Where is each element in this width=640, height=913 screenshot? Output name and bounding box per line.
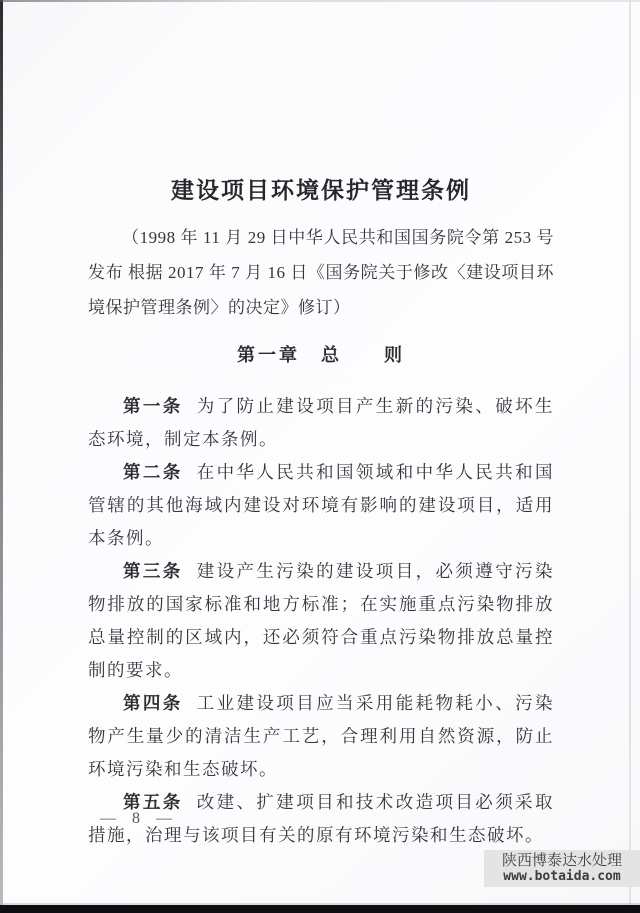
scan-right-edge-line <box>629 0 631 913</box>
document-title: 建设项目环境保护管理条例 <box>88 176 554 206</box>
page-number: — 8 — <box>100 810 178 828</box>
scanned-document-page: 建设项目环境保护管理条例 （1998 年 11 月 29 日中华人民共和国国务院… <box>0 0 640 913</box>
article-paragraph-1: 第一条为了防止建设项目产生新的污染、破坏生态环境，制定本条例。 <box>88 390 554 456</box>
chapter-heading: 第一章 总 则 <box>88 342 554 368</box>
watermark-company-name: 陕西博泰达水处理 <box>484 852 640 869</box>
article-1-label: 第一条 <box>123 396 183 416</box>
article-5-label: 第五条 <box>123 792 183 812</box>
scan-left-edge-shadow <box>0 0 3 913</box>
watermark-box: 陕西博泰达水处理 www.botaida.com <box>484 850 640 887</box>
article-3-label: 第三条 <box>123 561 183 581</box>
article-paragraph-3: 第三条建设产生污染的建设项目，必须遵守污染物排放的国家标准和地方标准；在实施重点… <box>88 555 554 687</box>
articles-section: 第一条为了防止建设项目产生新的污染、破坏生态环境，制定本条例。 第二条在中华人民… <box>88 390 554 852</box>
document-content: 建设项目环境保护管理条例 （1998 年 11 月 29 日中华人民共和国国务院… <box>88 0 554 852</box>
watermark-website: www.botaida.com <box>484 869 640 884</box>
document-subtitle: （1998 年 11 月 29 日中华人民共和国国务院令第 253 号发布 根据… <box>88 220 554 325</box>
article-2-label: 第二条 <box>123 462 183 482</box>
article-paragraph-4: 第四条工业建设项目应当采用能耗物耗小、污染物产生量少的清洁生产工艺，合理利用自然… <box>88 687 554 786</box>
scan-bottom-bar <box>0 905 640 913</box>
article-paragraph-2: 第二条在中华人民共和国领域和中华人民共和国管辖的其他海域内建设对环境有影响的建设… <box>88 456 554 555</box>
article-4-label: 第四条 <box>123 693 183 713</box>
